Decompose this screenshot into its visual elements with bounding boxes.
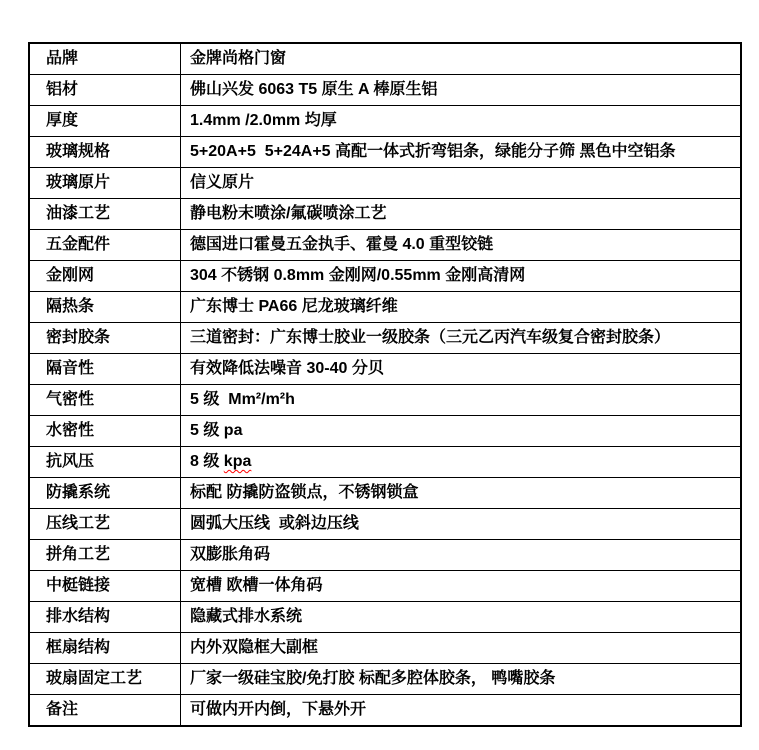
spec-label: 压线工艺	[29, 509, 181, 540]
table-row: 金刚网 304 不锈钢 0.8mm 金刚网/0.55mm 金刚高清网	[29, 261, 741, 292]
spec-label: 品牌	[29, 43, 181, 75]
spec-label: 水密性	[29, 416, 181, 447]
spec-value: 广东博士 PA66 尼龙玻璃纤维	[181, 292, 742, 323]
spec-label: 防撬系统	[29, 478, 181, 509]
table-row: 玻璃规格 5+20A+5 5+24A+5 高配一体式折弯铝条，绿能分子筛 黑色中…	[29, 137, 741, 168]
spec-value: 双膨胀角码	[181, 540, 742, 571]
table-row: 油漆工艺 静电粉末喷涂/氟碳喷涂工艺	[29, 199, 741, 230]
spec-value: 隐藏式排水系统	[181, 602, 742, 633]
spec-label: 玻扇固定工艺	[29, 664, 181, 695]
spec-label: 备注	[29, 695, 181, 727]
spec-label: 五金配件	[29, 230, 181, 261]
spec-value-text: 8 级	[190, 453, 224, 470]
spec-label: 密封胶条	[29, 323, 181, 354]
spec-value: 1.4mm /2.0mm 均厚	[181, 106, 742, 137]
spec-value: 信义原片	[181, 168, 742, 199]
spec-label: 隔音性	[29, 354, 181, 385]
table-row: 密封胶条 三道密封：广东博士胶业一级胶条（三元乙丙汽车级复合密封胶条）	[29, 323, 741, 354]
document-page: { "colors": { "page_background": "#FFFFF…	[0, 0, 759, 750]
table-row: 厚度 1.4mm /2.0mm 均厚	[29, 106, 741, 137]
spec-label: 玻璃规格	[29, 137, 181, 168]
spec-label: 抗风压	[29, 447, 181, 478]
spec-value: 静电粉末喷涂/氟碳喷涂工艺	[181, 199, 742, 230]
spec-label: 中梃链接	[29, 571, 181, 602]
spec-value-misspelled-word: kpa	[224, 453, 252, 470]
spec-value: 圆弧大压线 或斜边压线	[181, 509, 742, 540]
spec-label: 厚度	[29, 106, 181, 137]
spec-value: 5 级 Mm²/m²h	[181, 385, 742, 416]
spec-value: 标配 防撬防盗锁点，不锈钢锁盒	[181, 478, 742, 509]
spec-value: 有效降低法噪音 30-40 分贝	[181, 354, 742, 385]
table-row: 抗风压 8 级 kpa	[29, 447, 741, 478]
spec-value: 金牌尚格门窗	[181, 43, 742, 75]
spec-label: 铝材	[29, 75, 181, 106]
table-row: 隔热条 广东博士 PA66 尼龙玻璃纤维	[29, 292, 741, 323]
table-row: 五金配件 德国进口霍曼五金执手、霍曼 4.0 重型铰链	[29, 230, 741, 261]
table-row: 气密性 5 级 Mm²/m²h	[29, 385, 741, 416]
table-row: 水密性 5 级 pa	[29, 416, 741, 447]
table-row: 排水结构 隐藏式排水系统	[29, 602, 741, 633]
table-row: 防撬系统 标配 防撬防盗锁点，不锈钢锁盒	[29, 478, 741, 509]
table-row: 拼角工艺 双膨胀角码	[29, 540, 741, 571]
table-row: 铝材 佛山兴发 6063 T5 原生 A 棒原生铝	[29, 75, 741, 106]
table-row: 玻璃原片 信义原片	[29, 168, 741, 199]
spec-value: 厂家一级硅宝胶/免打胶 标配多腔体胶条， 鸭嘴胶条	[181, 664, 742, 695]
spec-label: 油漆工艺	[29, 199, 181, 230]
spec-label: 金刚网	[29, 261, 181, 292]
spec-label: 拼角工艺	[29, 540, 181, 571]
spec-value: 德国进口霍曼五金执手、霍曼 4.0 重型铰链	[181, 230, 742, 261]
table-row: 备注 可做内开内倒，下悬外开	[29, 695, 741, 727]
table-row: 品牌 金牌尚格门窗	[29, 43, 741, 75]
spec-value: 5 级 pa	[181, 416, 742, 447]
table-row: 中梃链接 宽槽 欧槽一体角码	[29, 571, 741, 602]
spec-value: 宽槽 欧槽一体角码	[181, 571, 742, 602]
spec-value: 5+20A+5 5+24A+5 高配一体式折弯铝条，绿能分子筛 黑色中空铝条	[181, 137, 742, 168]
table-row: 隔音性 有效降低法噪音 30-40 分贝	[29, 354, 741, 385]
spec-table-body: 品牌 金牌尚格门窗 铝材 佛山兴发 6063 T5 原生 A 棒原生铝 厚度 1…	[29, 43, 741, 726]
product-spec-table: 品牌 金牌尚格门窗 铝材 佛山兴发 6063 T5 原生 A 棒原生铝 厚度 1…	[28, 42, 742, 727]
spec-value: 可做内开内倒，下悬外开	[181, 695, 742, 727]
table-row: 压线工艺 圆弧大压线 或斜边压线	[29, 509, 741, 540]
spec-label: 框扇结构	[29, 633, 181, 664]
spec-value: 304 不锈钢 0.8mm 金刚网/0.55mm 金刚高清网	[181, 261, 742, 292]
spec-label: 玻璃原片	[29, 168, 181, 199]
table-row: 框扇结构 内外双隐框大副框	[29, 633, 741, 664]
spec-value: 8 级 kpa	[181, 447, 742, 478]
spec-value: 内外双隐框大副框	[181, 633, 742, 664]
table-row: 玻扇固定工艺 厂家一级硅宝胶/免打胶 标配多腔体胶条， 鸭嘴胶条	[29, 664, 741, 695]
spec-value: 三道密封：广东博士胶业一级胶条（三元乙丙汽车级复合密封胶条）	[181, 323, 742, 354]
spec-label: 隔热条	[29, 292, 181, 323]
spec-label: 排水结构	[29, 602, 181, 633]
spec-label: 气密性	[29, 385, 181, 416]
spec-value: 佛山兴发 6063 T5 原生 A 棒原生铝	[181, 75, 742, 106]
